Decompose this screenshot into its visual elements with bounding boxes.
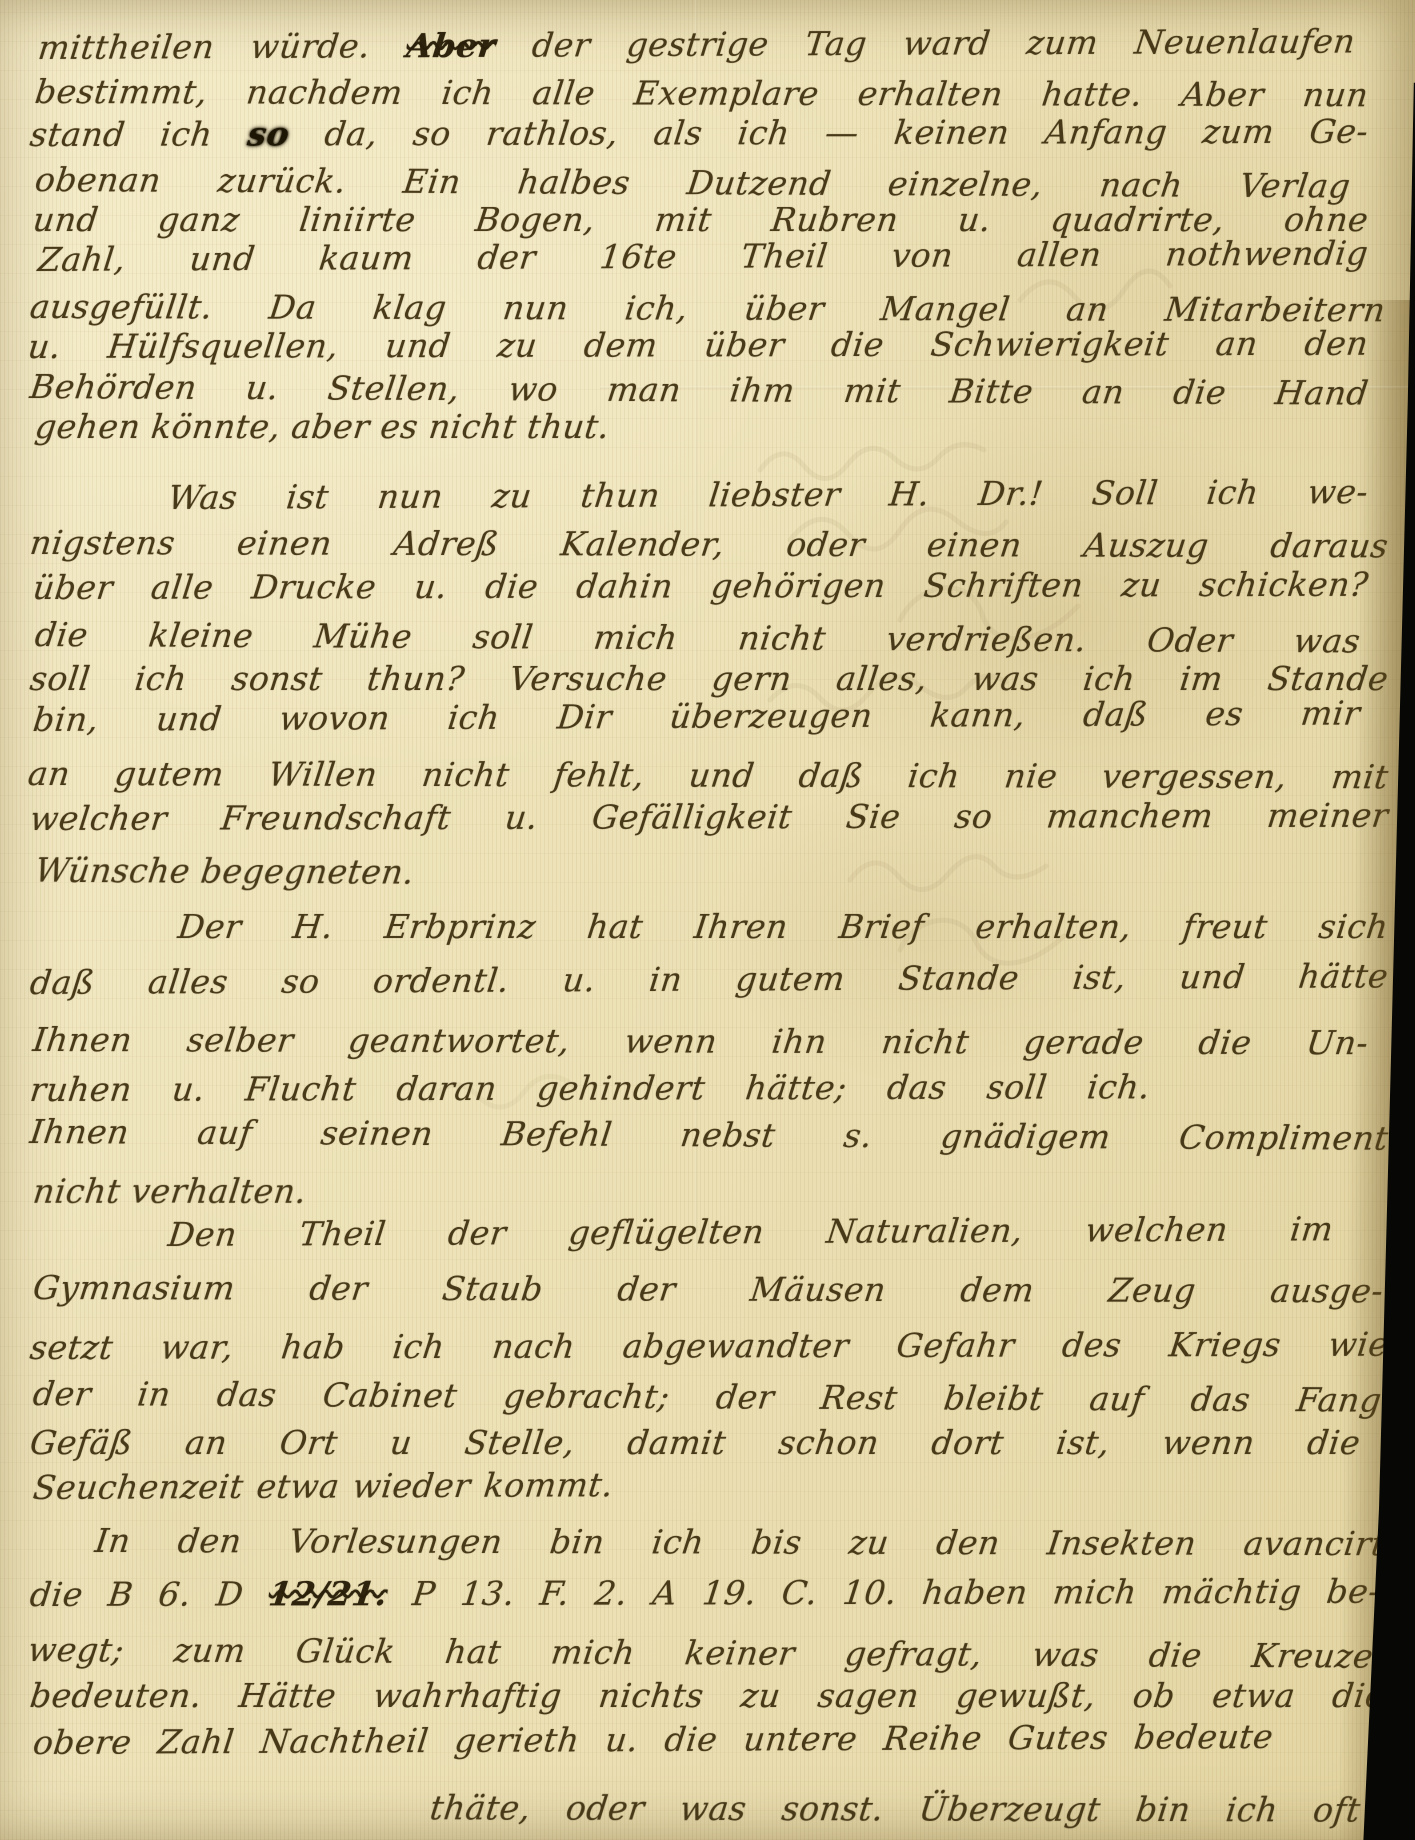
word: da, xyxy=(323,114,380,153)
manuscript-line: bin, und wovon ich Dir überzeugen kann, … xyxy=(30,694,1362,745)
manuscript-line: Der H. Erbprinz hat Ihren Brief erhalten… xyxy=(175,907,1390,951)
word: 19. xyxy=(700,1573,759,1612)
manuscript-line: Ihnen selber geantwortet, wenn ihn nicht… xyxy=(30,1020,1371,1067)
word: zum xyxy=(1025,23,1101,62)
word: mächtig xyxy=(1160,1572,1304,1611)
ink-blot-word: so xyxy=(246,114,292,153)
word: ward xyxy=(901,23,992,62)
word: der xyxy=(530,25,593,64)
word: C. xyxy=(780,1573,820,1612)
manuscript-line: ruhen u. Flucht daran gehindert hätte; d… xyxy=(27,1067,1152,1114)
word: würde. xyxy=(249,26,373,66)
word: P xyxy=(410,1574,437,1613)
manuscript-line: Gymnasium der Staub der Mäusen dem Zeug … xyxy=(30,1268,1386,1315)
word: keinen xyxy=(892,113,1012,152)
manuscript-line: u. Hülfsquellen, und zu dem über die Sch… xyxy=(25,324,1370,371)
manuscript-line: an gutem Willen nicht fehlt, und daß ich… xyxy=(25,754,1391,801)
word: F. xyxy=(538,1574,572,1613)
word: ich xyxy=(736,113,792,152)
word: gestrige xyxy=(625,24,771,64)
manuscript-line: stand ich so da, so rathlos, als ich — k… xyxy=(27,112,1370,159)
word: zum xyxy=(1200,112,1276,151)
manuscript-line: bedeuten. Hätte wahrhaftig nichts zu sag… xyxy=(27,1676,1387,1720)
manuscript-line: Ihnen auf seinen Befehl nebst s. gnädige… xyxy=(27,1112,1391,1163)
struck-word: 12/21. xyxy=(267,1574,390,1613)
word: B xyxy=(106,1575,135,1614)
manuscript-line: welcher Freundschaft u. Gefälligkeit Sie… xyxy=(27,796,1390,843)
manuscript-line: über alle Drucke u. die dahin gehörigen … xyxy=(30,565,1370,612)
word: die xyxy=(28,1575,85,1614)
manuscript-line: nicht verhalten. xyxy=(30,1172,309,1216)
manuscript-line: mittheilen würde. Aber der gestrige Tag … xyxy=(35,22,1357,72)
manuscript-line: setzt war, hab ich nach abgewandter Gefa… xyxy=(27,1325,1402,1372)
word: so xyxy=(411,114,454,153)
word: haben xyxy=(920,1573,1030,1612)
word: A xyxy=(651,1573,680,1612)
manuscript-line: Zahl, und kaum der 16te Theil von allen … xyxy=(35,233,1370,284)
word: 2. xyxy=(593,1574,630,1613)
manuscript-line: obere Zahl Nachtheil gerieth u. die unte… xyxy=(30,1717,1275,1767)
manuscript-line: daß alles so ordentl. u. in gutem Stande… xyxy=(27,956,1390,1007)
manuscript-line: nigstens einen Adreß Kalender, oder eine… xyxy=(27,523,1391,570)
word: Anfang xyxy=(1043,112,1170,151)
word: mich xyxy=(1051,1572,1139,1611)
word: D xyxy=(214,1574,246,1613)
word: stand xyxy=(28,115,127,154)
manuscript-line: Was ist nun zu thun liebster H. Dr.! Sol… xyxy=(165,472,1370,522)
word: ich xyxy=(158,115,214,154)
word: 13. xyxy=(459,1574,518,1613)
manuscript-line: Wünsche begegneten. xyxy=(32,851,417,897)
manuscript-line: gehen könnte, aber es nicht thut. xyxy=(32,407,612,451)
manuscript-line: Seuchenzeit etwa wieder kommt. xyxy=(30,1465,615,1512)
manuscript-line: thäte, oder was sonst. Überzeugt bin ich… xyxy=(427,1788,1363,1834)
manuscript-line: die B 6. D 12/21. P 13. F. 2. A 19. C. 1… xyxy=(27,1572,1382,1619)
manuscript-line: Den Theil der geflügelten Naturalien, we… xyxy=(165,1209,1335,1259)
manuscript-photo: mittheilen würde. Aber der gestrige Tag … xyxy=(0,0,1415,1840)
word: Tag xyxy=(803,24,869,63)
word: Ge- xyxy=(1307,112,1370,151)
word: — xyxy=(823,113,861,152)
manuscript-line: Gefäß an Ort u Stelle, damit schon dort … xyxy=(27,1423,1362,1467)
manuscript-line: In den Vorlesungen bin ich bis zu den In… xyxy=(92,1521,1388,1568)
manuscript-line: der in das Cabinet gebracht; der Rest bl… xyxy=(30,1374,1396,1425)
word: mittheilen xyxy=(36,27,217,67)
word: 10. xyxy=(841,1573,900,1612)
word: als xyxy=(652,113,705,152)
word: 6. xyxy=(156,1575,193,1614)
struck-word: Aber xyxy=(405,26,499,65)
word: Neuenlaufen xyxy=(1133,22,1358,62)
word: rathlos, xyxy=(484,114,621,153)
manuscript-line: wegt; zum Glück hat mich keiner gefragt,… xyxy=(25,1630,1376,1681)
manuscript-line: die kleine Mühe soll mich nicht verdrieß… xyxy=(32,615,1363,665)
